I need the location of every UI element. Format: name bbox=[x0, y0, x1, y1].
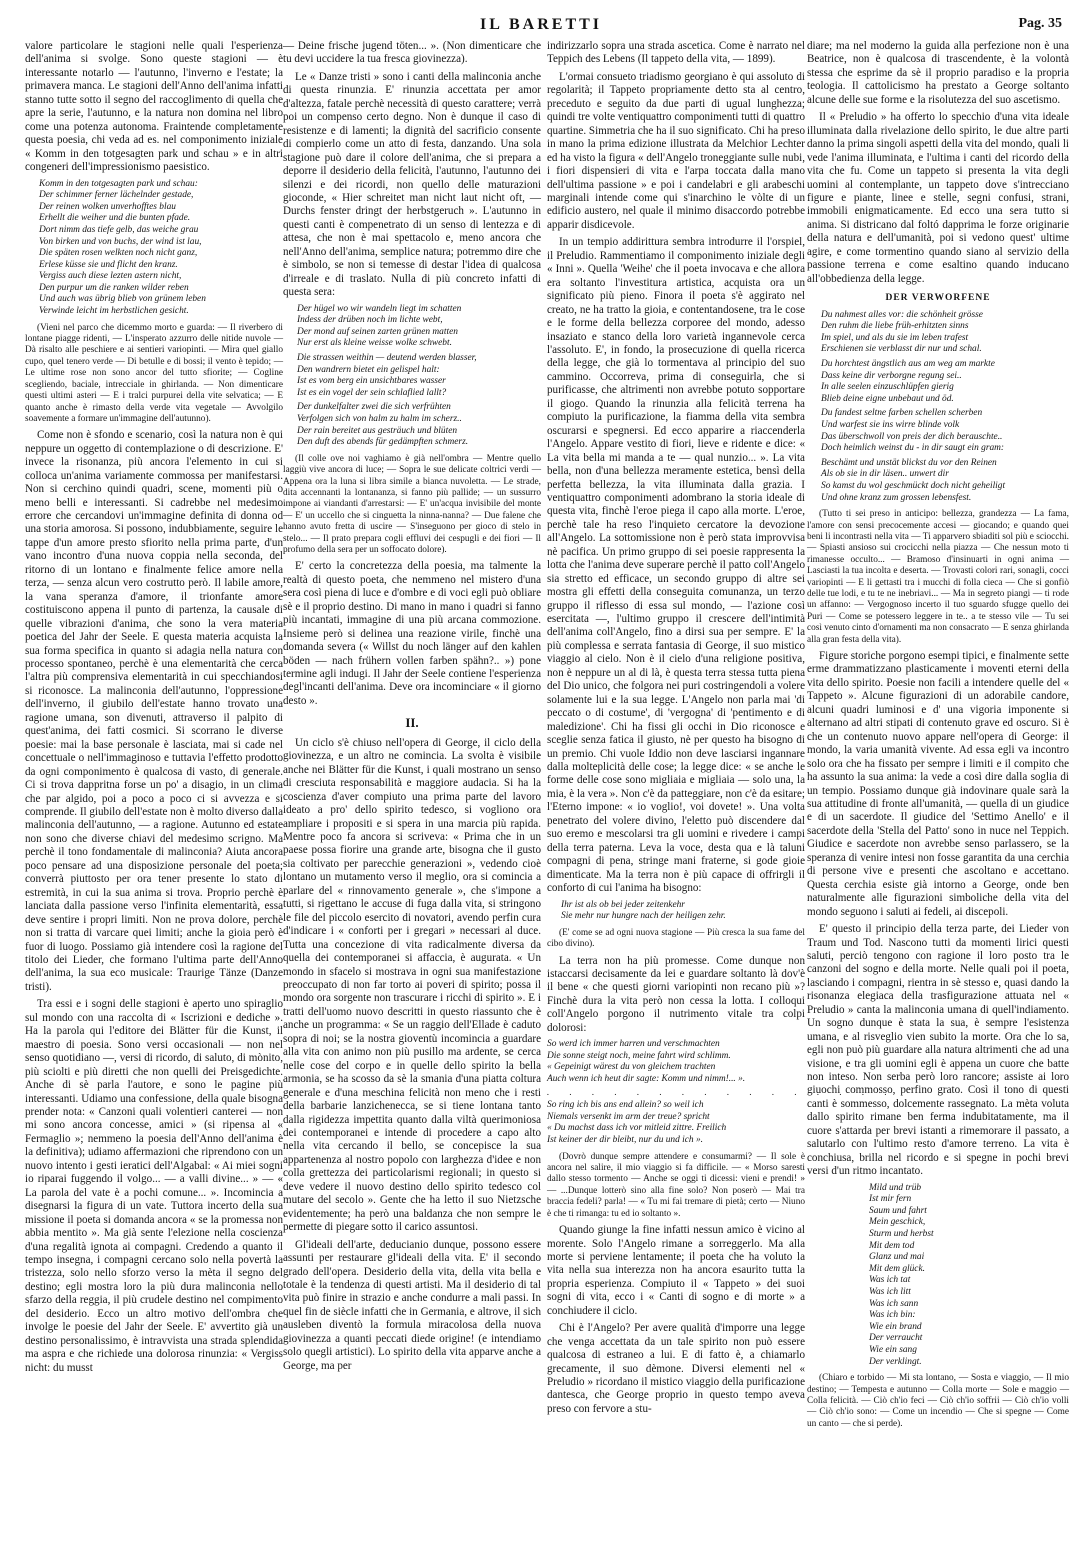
poem-line: Das überschwoll von preis der dich berau… bbox=[821, 432, 1069, 444]
column-1: valore particolare le stagioni nelle qua… bbox=[25, 40, 283, 1379]
paragraph: In un tempio addirittura sembra introdur… bbox=[547, 236, 805, 895]
poem-line: In alle seelen einzuschlüpfen gierig bbox=[821, 382, 1069, 394]
paragraph: Tra essi e i sogni delle stagioni è aper… bbox=[25, 998, 283, 1375]
section-heading: II. bbox=[283, 716, 541, 729]
column-3: indirizzarlo sopra una strada ascetica. … bbox=[547, 40, 805, 1420]
poem-line: Erlese küsse sie und flicht den kranz. bbox=[39, 260, 283, 272]
poem-line: Die strassen weithin — deutend werden bl… bbox=[297, 353, 541, 365]
poem-line: « Gepeinigt wärest du von gleichem trach… bbox=[547, 1062, 805, 1074]
poem-line: Der dunkelfalter zwei die sich verfrühte… bbox=[297, 402, 541, 414]
poem-line: Ist mir fern bbox=[869, 1194, 1069, 1206]
german-poem: Mild und trüb Ist mir fern Saum und fahr… bbox=[869, 1183, 1069, 1369]
paragraph: La terra non ha più promesse. Come dunqu… bbox=[547, 955, 805, 1036]
poem-line: Was ich bin: bbox=[869, 1310, 1069, 1322]
paragraph: Le « Danze tristi » sono i canti della m… bbox=[283, 71, 541, 300]
paragraph: — Deine frische jugend töten... ». (Non … bbox=[283, 40, 541, 67]
poem-line: Sturm und herbst bbox=[869, 1229, 1069, 1241]
poem-line: Mild und trüb bbox=[869, 1183, 1069, 1195]
poem-line: Wie ein sang bbox=[869, 1345, 1069, 1357]
poem-line: Der verklingt. bbox=[869, 1357, 1069, 1369]
poem-line: Glanz und mai bbox=[869, 1252, 1069, 1264]
german-poem: Komm in den totgesagten park und schau: … bbox=[39, 179, 283, 318]
german-poem: Ihr ist als ob bei jeder zeitenkehr Sie … bbox=[561, 900, 805, 923]
paragraph: Un ciclo s'è chiuso nell'opera di George… bbox=[283, 737, 541, 1235]
poem-line: Der hügel wo wir wandeln liegt im schatt… bbox=[297, 304, 541, 316]
paragraph: E' questo il principio della terza parte… bbox=[807, 923, 1069, 1179]
poem-line: Beschämt und unstät blickst du vor den R… bbox=[821, 458, 1069, 470]
poem-line: Erhellt die weiher und die bunten pfade. bbox=[39, 213, 283, 225]
poem-line: Niemals versenkt im arm der treue? spric… bbox=[547, 1112, 805, 1124]
poem-line: Komm in den totgesagten park und schau: bbox=[39, 179, 283, 191]
poem-line: Den purpur um die ranken wilder reben bbox=[39, 283, 283, 295]
paragraph: Il « Preludio » ha offerto lo specchio d… bbox=[807, 111, 1069, 286]
poem-line: So ring ich bis ans end allein? so weil … bbox=[547, 1100, 805, 1112]
poem-line: Der rain bereitet aus gesträuch und blüt… bbox=[297, 426, 541, 438]
poem-line: Den wandrern bietet ein gelispel halt: bbox=[297, 365, 541, 377]
german-poem: Du nahmest alles vor: die schönheit grös… bbox=[821, 310, 1069, 505]
poem-line: Den ruhm die liebe früh-erhitzten sinns bbox=[821, 321, 1069, 333]
poem-line: Von birken und von buchs, der wind ist l… bbox=[39, 237, 283, 249]
poem-line: So werd ich immer harren und verschmacht… bbox=[547, 1039, 805, 1051]
paragraph: Chi è l'Angelo? Per avere qualità d'impo… bbox=[547, 1322, 805, 1416]
poem-line: Verwinde leicht im herbstlichen gesicht. bbox=[39, 306, 283, 318]
paragraph: E' certo la concretezza della poesia, ma… bbox=[283, 560, 541, 708]
translation: (Tutto ti sei preso in anticipo: bellezz… bbox=[807, 509, 1069, 646]
paragraph: L'ormai consueto triadismo georgiano è q… bbox=[547, 71, 805, 232]
poem-line: Die sonne steigt noch, meine fahrt wird … bbox=[547, 1051, 805, 1063]
translation: (Il colle ove noi vaghiamo è già nell'om… bbox=[283, 454, 541, 557]
translation: (Chiaro e torbido — Mi sta lontano, — So… bbox=[807, 1373, 1069, 1430]
poem-line: Du horchtest ängstlich aus am weg am mar… bbox=[821, 359, 1069, 371]
column-4: diare; ma nel moderno la guida alla perf… bbox=[807, 40, 1069, 1434]
poem-line: Der schimmer ferner lächelnder gestade, bbox=[39, 190, 283, 202]
poem-line: Sie mehr nur hungre nach der heiligen ze… bbox=[561, 911, 805, 923]
poem-line: Was ich sann bbox=[869, 1299, 1069, 1311]
poem-line: Und ohne kranz zum grossen lebensfest. bbox=[821, 493, 1069, 505]
poem-line: Ist es vom berg ein unsichtbares wasser bbox=[297, 376, 541, 388]
poem-line: Und auch was übrig blieb von grünem lebe… bbox=[39, 294, 283, 306]
poem-line: « Du machst dass ich vor mitleid zittre.… bbox=[547, 1123, 805, 1135]
poem-line: Dass keine dir verborgne regung sei.. bbox=[821, 371, 1069, 383]
poem-line: Indess der drüben noch im lichte webt, bbox=[297, 315, 541, 327]
poem-line: Und warfest sie ins wirre blinde volk bbox=[821, 420, 1069, 432]
translation: (E' come se ad ogni nuova stagione — Più… bbox=[547, 928, 805, 951]
masthead: IL BARETTI Pag. 35 bbox=[0, 14, 1082, 38]
poem-line: Verfolgen sich von halm zu halm im scher… bbox=[297, 414, 541, 426]
poem-line: Ihr ist als ob bei jeder zeitenkehr bbox=[561, 900, 805, 912]
poem-line: Als ob sie in dir läsen.. unwert dir bbox=[821, 469, 1069, 481]
page-number: Pag. 35 bbox=[1018, 16, 1062, 32]
poem-line: Was ich tat bbox=[869, 1275, 1069, 1287]
poem-line: Wie ein brand bbox=[869, 1322, 1069, 1334]
column-2: — Deine frische jugend töten... ». (Non … bbox=[283, 40, 541, 1377]
poem-line: Vergiss auch diese lezten astern nicht, bbox=[39, 271, 283, 283]
poem-line: Du nahmest alles vor: die schönheit grös… bbox=[821, 310, 1069, 322]
poem-line: Im spiel, und als du sie im leben trafes… bbox=[821, 333, 1069, 345]
poem-line: Nur erst als kleine weisse wolke schwebt… bbox=[297, 338, 541, 350]
ellipsis-divider: . . . . . . . . . . . . . . . . bbox=[547, 1087, 805, 1099]
german-poem: So werd ich immer harren und verschmacht… bbox=[547, 1039, 805, 1146]
paragraph: indirizzarlo sopra una strada ascetica. … bbox=[547, 40, 805, 67]
poem-line: Dort nimm das tiefe gelb, das weiche gra… bbox=[39, 225, 283, 237]
translation: (Vieni nel parco che dicemmo morto e gua… bbox=[25, 323, 283, 426]
poem-title: DER VERWORFENE bbox=[807, 292, 1069, 305]
poem-line: Der verraucht bbox=[869, 1333, 1069, 1345]
poem-line: Der mond auf seinen zarten grünen matten bbox=[297, 327, 541, 339]
paragraph: valore particolare le stagioni nelle qua… bbox=[25, 40, 283, 175]
poem-line: Die späten rosen welkten noch nicht ganz… bbox=[39, 248, 283, 260]
journal-title: IL BARETTI bbox=[0, 16, 1082, 34]
poem-line: Den duft des abends für gedämpften schme… bbox=[297, 437, 541, 449]
poem-line: Der reinen wolken unverhofftes blau bbox=[39, 202, 283, 214]
poem-line: Ist keiner der dir bleibt, nur du und ic… bbox=[547, 1135, 805, 1147]
poem-line: Du fandest seltne farben schellen scherb… bbox=[821, 408, 1069, 420]
poem-line: Was ich litt bbox=[869, 1287, 1069, 1299]
poem-line: Saum und fahrt bbox=[869, 1206, 1069, 1218]
poem-line: Mit dem glück. bbox=[869, 1264, 1069, 1276]
german-poem: Der hügel wo wir wandeln liegt im schatt… bbox=[297, 304, 541, 449]
paragraph: Quando giunge la fine infatti nessun ami… bbox=[547, 1224, 805, 1318]
translation: (Dovrò dunque sempre attendere e consuma… bbox=[547, 1152, 805, 1220]
poem-line: Blieb deine eigne unbebaut und öd. bbox=[821, 394, 1069, 406]
poem-line: Mein geschick, bbox=[869, 1217, 1069, 1229]
poem-line: Erschienen sie verblasst dir nur und sch… bbox=[821, 344, 1069, 356]
poem-line: Doch heimlich weinst du - in dir saugt e… bbox=[821, 443, 1069, 455]
poem-line: Auch wenn ich heut dir sagte: Komm und n… bbox=[547, 1074, 805, 1086]
paragraph: Figure storiche porgono esempi tipici, e… bbox=[807, 650, 1069, 919]
poem-line: Ist es ein vogel der sein schlaflied lal… bbox=[297, 388, 541, 400]
paragraph: Gl'ideali dell'arte, deducianio dunque, … bbox=[283, 1239, 541, 1374]
poem-line: Mit dem tod bbox=[869, 1241, 1069, 1253]
poem-line: So kamst du wol geschmückt doch nicht ge… bbox=[821, 481, 1069, 493]
paragraph: diare; ma nel moderno la guida alla perf… bbox=[807, 40, 1069, 107]
paragraph: Come non è sfondo e scenario, così la na… bbox=[25, 429, 283, 994]
